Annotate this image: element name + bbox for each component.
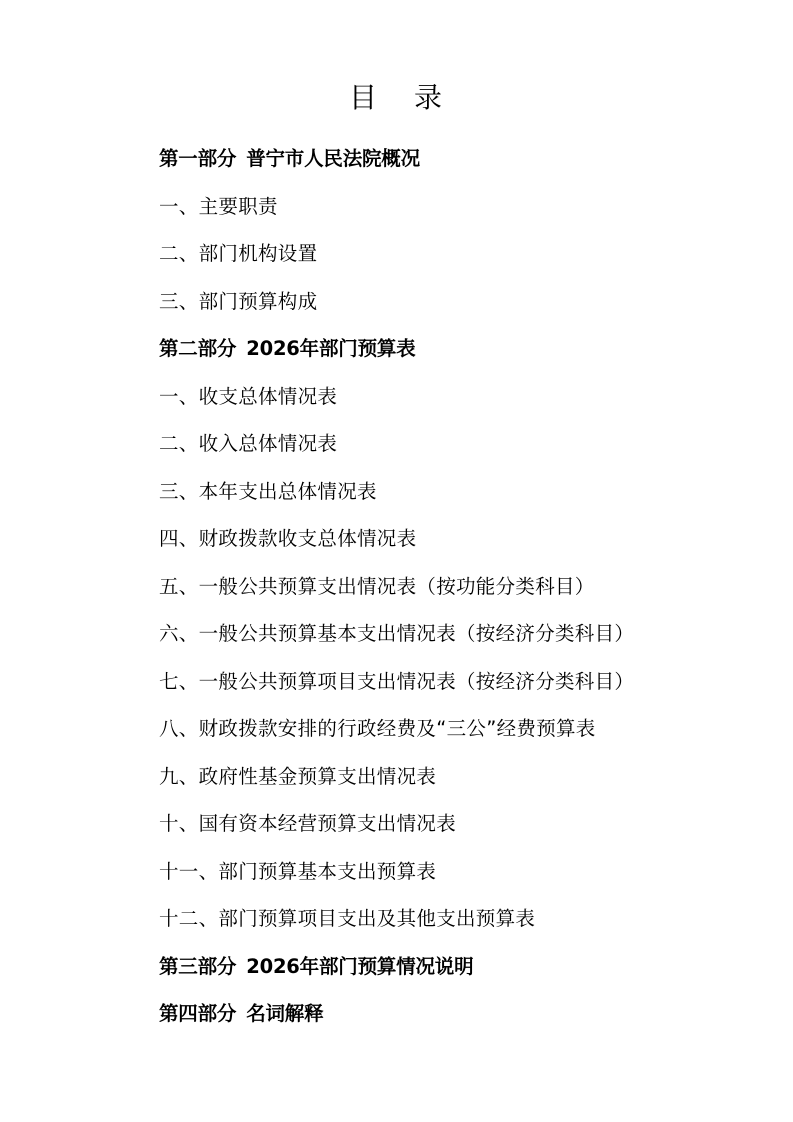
toc-item[interactable]: 一、收支总体情况表 bbox=[159, 380, 634, 428]
part-title: 2026年部门预算情况说明 bbox=[246, 955, 473, 978]
toc-item[interactable]: 十二、部门预算项目支出及其他支出预算表 bbox=[159, 902, 634, 950]
toc-item[interactable]: 三、本年支出总体情况表 bbox=[159, 475, 634, 523]
toc-list: 第一部分普宁市人民法院概况 一、主要职责 二、部门机构设置 三、部门预算构成 第… bbox=[159, 142, 634, 1045]
toc-item[interactable]: 十一、部门预算基本支出预算表 bbox=[159, 855, 634, 903]
toc-item[interactable]: 二、收入总体情况表 bbox=[159, 427, 634, 475]
toc-title: 目 录 bbox=[0, 78, 793, 118]
toc-item[interactable]: 八、财政拨款安排的行政经费及“三公”经费预算表 bbox=[159, 712, 634, 760]
toc-part-3[interactable]: 第三部分2026年部门预算情况说明 bbox=[159, 950, 634, 998]
toc-part-1[interactable]: 第一部分普宁市人民法院概况 bbox=[159, 142, 634, 190]
toc-item[interactable]: 三、部门预算构成 bbox=[159, 285, 634, 333]
toc-item[interactable]: 六、一般公共预算基本支出情况表（按经济分类科目） bbox=[159, 617, 634, 665]
document-page: 目 录 第一部分普宁市人民法院概况 一、主要职责 二、部门机构设置 三、部门预算… bbox=[0, 0, 793, 1122]
part-number: 第三部分 bbox=[159, 955, 236, 978]
part-number: 第四部分 bbox=[159, 1002, 236, 1025]
part-number: 第二部分 bbox=[159, 337, 236, 360]
toc-item[interactable]: 七、一般公共预算项目支出情况表（按经济分类科目） bbox=[159, 665, 634, 713]
toc-item[interactable]: 二、部门机构设置 bbox=[159, 237, 634, 285]
toc-item[interactable]: 九、政府性基金预算支出情况表 bbox=[159, 760, 634, 808]
toc-item[interactable]: 四、财政拨款收支总体情况表 bbox=[159, 522, 634, 570]
toc-item[interactable]: 五、一般公共预算支出情况表（按功能分类科目） bbox=[159, 570, 634, 618]
toc-part-4[interactable]: 第四部分名词解释 bbox=[159, 997, 634, 1045]
toc-item[interactable]: 一、主要职责 bbox=[159, 190, 634, 238]
toc-part-2[interactable]: 第二部分2026年部门预算表 bbox=[159, 332, 634, 380]
toc-item[interactable]: 十、国有资本经营预算支出情况表 bbox=[159, 807, 634, 855]
part-number: 第一部分 bbox=[159, 147, 236, 170]
part-title: 普宁市人民法院概况 bbox=[246, 147, 420, 170]
part-title: 名词解释 bbox=[246, 1002, 323, 1025]
part-title: 2026年部门预算表 bbox=[246, 337, 415, 360]
